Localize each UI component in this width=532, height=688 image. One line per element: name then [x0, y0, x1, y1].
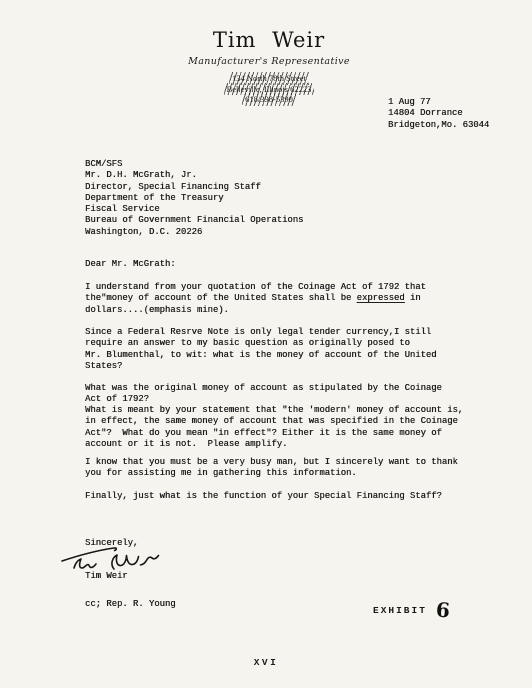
- recipient-line: Mr. D.H. McGrath, Jr.: [85, 170, 303, 181]
- exhibit-label: EXHIBIT: [373, 605, 427, 616]
- date-block: 1 Aug 77 14804 Dorrance Bridgeton,Mo. 63…: [388, 97, 489, 131]
- sender-city-line: Bridgeton,Mo. 63044: [388, 120, 489, 131]
- paragraph-6: Finally, just what is the function of yo…: [85, 491, 525, 502]
- paragraph-2: Since a Federal Resrve Note is only lega…: [85, 327, 525, 372]
- exhibit-number: 6: [435, 600, 450, 621]
- letterhead-title: Manufacturer's Representative: [6, 56, 532, 67]
- cc-line: cc; Rep. R. Young: [85, 599, 176, 610]
- paragraph-1: I understand from your quotation of the …: [85, 282, 525, 316]
- date-line: 1 Aug 77: [388, 97, 489, 108]
- recipient-line: Department of the Treasury: [85, 193, 303, 204]
- recipient-block: BCM/SFS Mr. D.H. McGrath, Jr. Director, …: [85, 159, 303, 238]
- recipient-line: Director, Special Financing Staff: [85, 182, 303, 193]
- recipient-line: BCM/SFS: [85, 159, 303, 170]
- recipient-line: Washington, D.C. 20226: [85, 227, 303, 238]
- letter-page: Tim Weir Manufacturer's Representative 1…: [0, 0, 532, 688]
- struck-phone-line: 618/398-5390: [244, 94, 294, 105]
- struck-address-line: 134 North 78th Street: [231, 73, 307, 84]
- letterhead-name: Tim Weir: [6, 28, 532, 52]
- sender-street-line: 14804 Dorrance: [388, 108, 489, 119]
- recipient-line: Bureau of Government Financial Operation…: [85, 215, 303, 226]
- page-number: XVI: [0, 657, 532, 668]
- struck-address-line: Belleville, Illinois 62223: [226, 84, 313, 95]
- typed-signature-name: Tim Weir: [85, 571, 128, 582]
- paragraph-3: What was the original money of account a…: [85, 383, 525, 406]
- letterhead: Tim Weir Manufacturer's Representative 1…: [6, 28, 532, 105]
- recipient-line: Fiscal Service: [85, 204, 303, 215]
- paragraph-5: I know that you must be a very busy man,…: [85, 457, 525, 480]
- emphasis-underlined: expressed: [357, 293, 405, 303]
- salutation: Dear Mr. McGrath:: [85, 259, 176, 270]
- paragraph-4: What is meant by your statement that "th…: [85, 405, 525, 450]
- exhibit-stamp: EXHIBIT 6: [373, 600, 450, 620]
